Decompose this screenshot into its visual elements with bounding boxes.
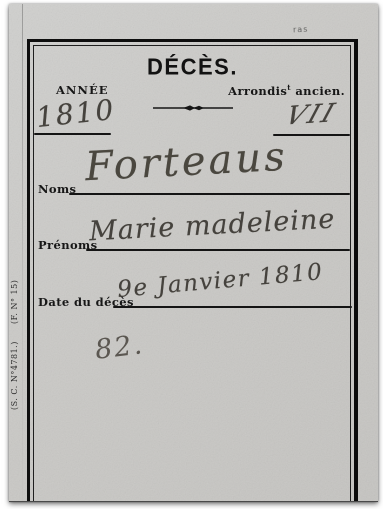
noms-write-line [69, 193, 350, 195]
paper-fold-line [22, 4, 23, 501]
arrondissement-label: Arrondist ancien. [228, 83, 345, 98]
prenoms-write-line [86, 249, 350, 251]
scanned-page: ras DÉCÈS. ANNÉE Arrondist ancien. 1810 … [0, 0, 383, 509]
age-annotation: 82. [93, 329, 145, 366]
faint-corner-mark: ras [293, 25, 309, 35]
margin-reference-lower: (S. C. N°4781.) [10, 335, 23, 417]
margin-reference-upper: (F. N° 15) [10, 270, 23, 334]
divider-ornament-icon [153, 103, 233, 113]
arrondissement-label-suffix: ancien. [291, 84, 345, 98]
death-record-card: ras DÉCÈS. ANNÉE Arrondist ancien. 1810 … [9, 4, 378, 502]
form-title: DÉCÈS. [27, 53, 358, 80]
annee-write-line [34, 133, 111, 135]
arrondissement-label-prefix: Arrondis [228, 84, 287, 98]
